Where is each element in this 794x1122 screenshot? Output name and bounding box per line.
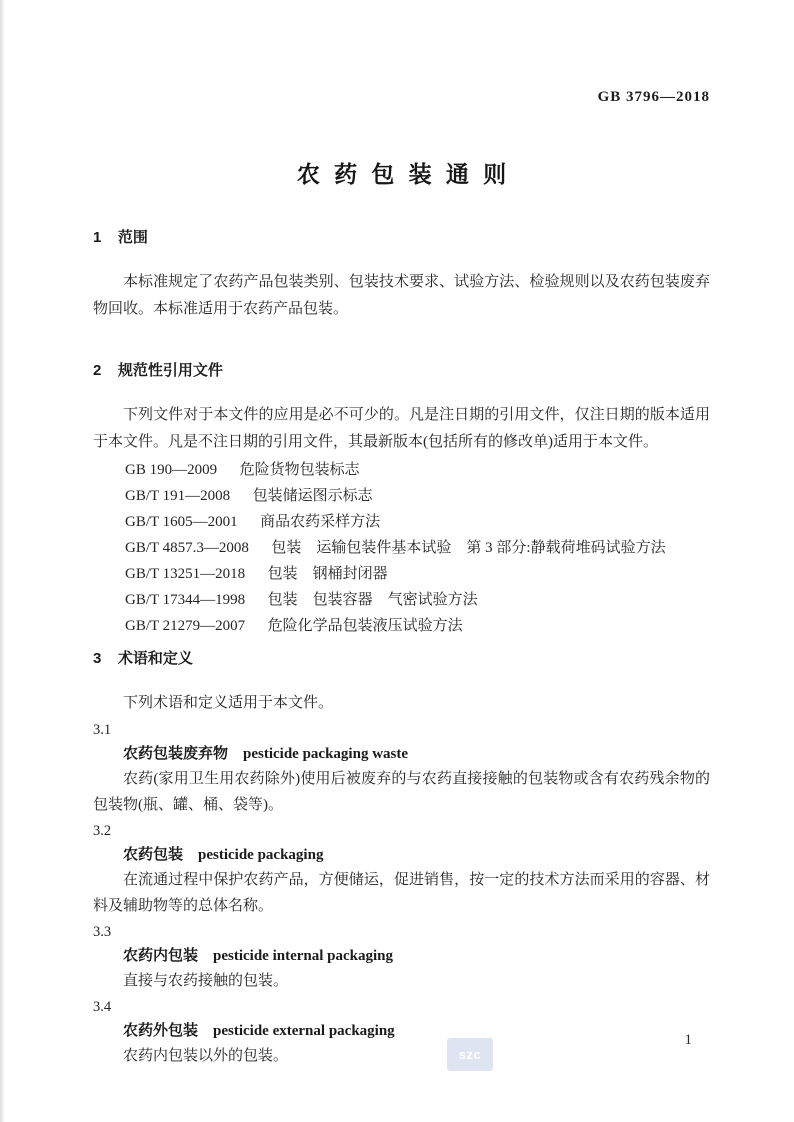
reference-code: GB/T 1605—2001 [125, 514, 238, 530]
reference-code: GB/T 21279—2007 [125, 618, 245, 634]
term-line: 农药包装废弃物pesticide packaging waste [123, 742, 710, 766]
reference-item: GB 190—2009危险货物包装标志 [125, 457, 710, 483]
reference-item: GB/T 191—2008包装储运图示标志 [125, 483, 710, 509]
term-name-en: pesticide packaging waste [243, 746, 408, 762]
page-number: 1 [685, 1032, 693, 1049]
term-entry: 3.1 农药包装废弃物pesticide packaging waste 农药(… [93, 718, 710, 818]
terms-intro-paragraph: 下列术语和定义适用于本文件。 [93, 690, 710, 717]
references-section-title: 规范性引用文件 [118, 362, 223, 379]
term-number: 3.4 [93, 995, 710, 1019]
reference-item: GB/T 4857.3—2008包装 运输包装件基本试验 第 3 部分:静载荷堆… [125, 535, 710, 561]
references-heading: 2规范性引用文件 [93, 361, 710, 381]
reference-title: 包装 包装容器 气密试验方法 [268, 592, 478, 608]
reference-title: 危险货物包装标志 [240, 462, 360, 478]
terms-section-title: 术语和定义 [118, 650, 193, 667]
reference-item: GB/T 13251—2018包装 钢桶封闭器 [125, 561, 710, 587]
reference-code: GB/T 4857.3—2008 [125, 540, 249, 556]
term-name-zh: 农药包装废弃物 [123, 745, 228, 762]
terms-section-number: 3 [93, 650, 101, 667]
reference-title: 危险化学品包装液压试验方法 [268, 618, 463, 634]
reference-item: GB/T 1605—2001商品农药采样方法 [125, 509, 710, 535]
reference-title: 包装储运图示标志 [253, 488, 373, 504]
term-number: 3.1 [93, 718, 710, 742]
term-definition: 农药(家用卫生用农药除外)使用后被废弃的与农药直接接触的包装物或含有农药残余物的… [93, 766, 710, 818]
term-number: 3.2 [93, 819, 710, 843]
term-name-zh: 农药内包装 [123, 947, 198, 964]
scope-section-number: 1 [93, 229, 101, 246]
term-entry: 3.2 农药包装pesticide packaging 在流通过程中保护农药产品… [93, 819, 710, 919]
document-header: GB 3796—2018 [93, 88, 710, 106]
watermark-logo: szc [447, 1038, 493, 1071]
references-section-number: 2 [93, 362, 101, 379]
references-intro-paragraph: 下列文件对于本文件的应用是必不可少的。凡是注日期的引用文件，仅注日期的版本适用于… [93, 402, 710, 456]
document-footer: szc 1 [93, 1028, 710, 1068]
term-name-en: pesticide internal packaging [213, 948, 393, 964]
reference-list: GB 190—2009危险货物包装标志 GB/T 191—2008包装储运图示标… [93, 457, 710, 639]
reference-item: GB/T 17344—1998包装 包装容器 气密试验方法 [125, 587, 710, 613]
standard-code: GB 3796—2018 [598, 89, 710, 105]
reference-item: GB/T 21279—2007危险化学品包装液压试验方法 [125, 613, 710, 639]
term-number: 3.3 [93, 920, 710, 944]
reference-code: GB/T 17344—1998 [125, 592, 245, 608]
section-normative-references: 2规范性引用文件 下列文件对于本文件的应用是必不可少的。凡是注日期的引用文件，仅… [93, 361, 710, 639]
document-title: 农药包装通则 [93, 158, 710, 190]
reference-title: 包装 钢桶封闭器 [268, 566, 388, 582]
term-line: 农药内包装pesticide internal packaging [123, 944, 710, 968]
scope-heading: 1范围 [93, 228, 710, 248]
term-name-en: pesticide packaging [198, 847, 323, 863]
reference-code: GB/T 13251—2018 [125, 566, 245, 582]
reference-title: 包装 运输包装件基本试验 第 3 部分:静载荷堆码试验方法 [271, 540, 665, 556]
section-scope: 1范围 本标准规定了农药产品包装类别、包装技术要求、试验方法、检验规则以及农药包… [93, 228, 710, 323]
section-terms-and-definitions: 3术语和定义 下列术语和定义适用于本文件。 3.1 农药包装废弃物pestici… [93, 649, 710, 1069]
term-definition: 直接与农药接触的包装。 [93, 968, 710, 994]
terms-heading: 3术语和定义 [93, 649, 710, 669]
term-name-zh: 农药包装 [123, 846, 183, 863]
scope-section-title: 范围 [118, 229, 148, 246]
reference-title: 商品农药采样方法 [260, 514, 380, 530]
term-line: 农药包装pesticide packaging [123, 843, 710, 867]
reference-code: GB 190—2009 [125, 462, 217, 478]
document-page: GB 3796—2018 农药包装通则 1范围 本标准规定了农药产品包装类别、包… [0, 0, 794, 1122]
term-entry: 3.3 农药内包装pesticide internal packaging 直接… [93, 920, 710, 994]
term-definition: 在流通过程中保护农药产品，方便储运，促进销售，按一定的技术方法而采用的容器、材料… [93, 867, 710, 919]
reference-code: GB/T 191—2008 [125, 488, 230, 504]
scope-paragraph: 本标准规定了农药产品包装类别、包装技术要求、试验方法、检验规则以及农药包装废弃物… [93, 269, 710, 323]
